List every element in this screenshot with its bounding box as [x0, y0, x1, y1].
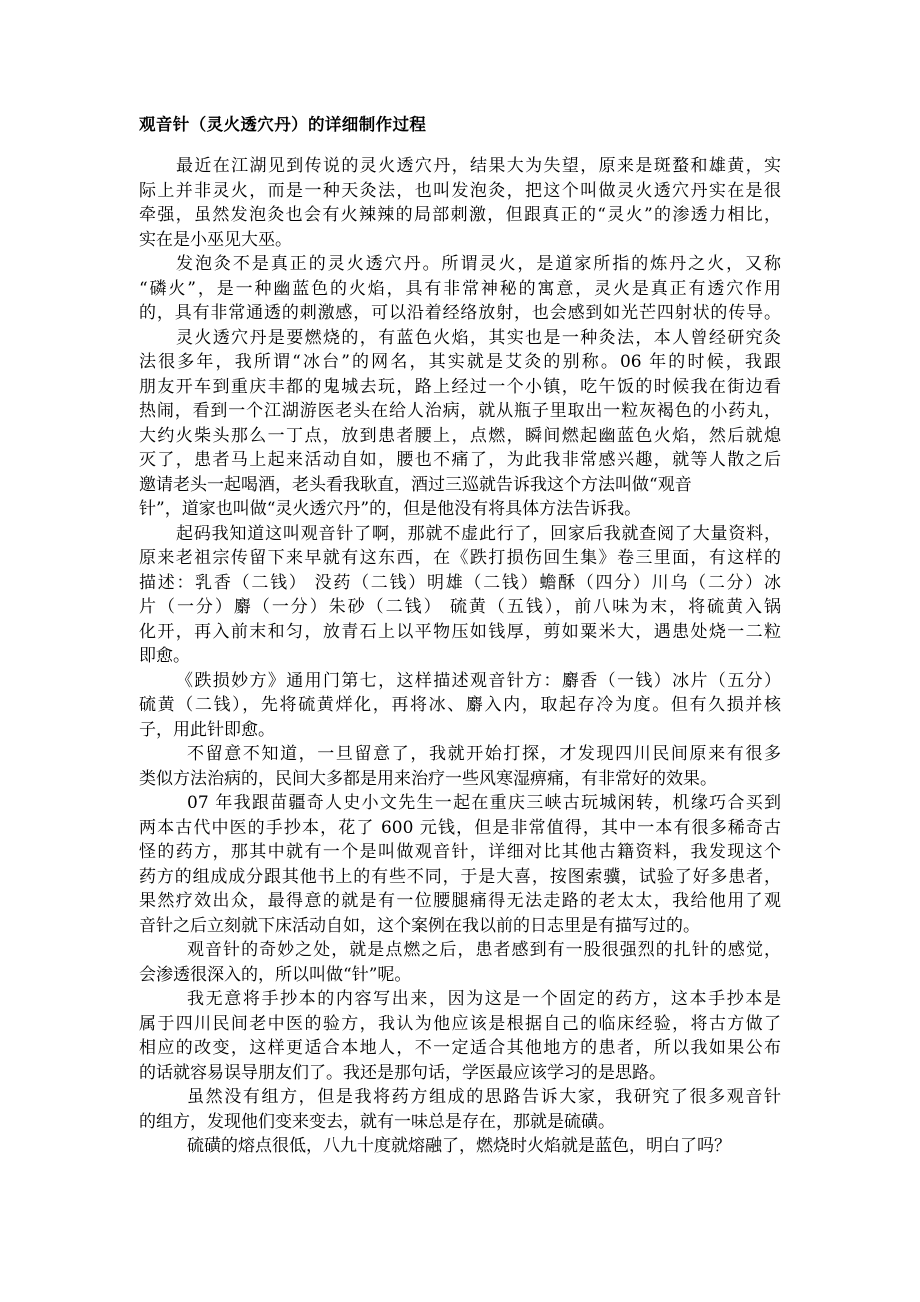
paragraph-10: 虽然没有组方，但是我将药方组成的思路告诉大家，我研究了很多观音针 的组方，发现他… [139, 1085, 781, 1134]
paragraph-6: 不留意不知道，一旦留意了，我就开始打探，才发现四川民间原来有很多 类似方法治病的… [139, 742, 781, 791]
document-body: 最近在江湖见到传说的灵火透穴丹，结果大为失望，原来是斑蝥和雄黄，实 际上并非灵火… [139, 154, 781, 1159]
text-line: 07 年我跟苗疆奇人史小文先生一起在重庆三峡古玩城闲转，机缘巧合买到 [139, 791, 781, 816]
text-line: 的话就容易误导朋友们了。我还是那句话，学医最应该学习的是思路。 [139, 1061, 781, 1086]
paragraph-3: 灵火透穴丹是要燃烧的，有蓝色火焰，其实也是一种灸法，本人曾经研究灸 法很多年，我… [139, 326, 781, 522]
text-line: 硫黄（二钱），先将硫黄烊化，再将冰、麝入内，取起存冷为度。但有久损并核 [139, 693, 781, 718]
text-line: 药方的组成成分跟其他书上的有些不同，于是大喜，按图索骥，试验了好多患者， [139, 865, 781, 890]
text-line: 即愈。 [139, 644, 781, 669]
text-line: 实在是小巫见大巫。 [139, 228, 781, 253]
text-line: 大约火柴头那么一丁点，放到患者腰上，点燃，瞬间燃起幽蓝色火焰，然后就熄 [139, 424, 781, 449]
text-line: 的组方，发现他们变来变去，就有一味总是存在，那就是硫磺。 [139, 1110, 781, 1135]
text-line: 会渗透很深入的，所以叫做“针”呢。 [139, 963, 781, 988]
text-line: 片（一分）麝（一分）朱砂（二钱） 硫黄（五钱），前八味为末，将硫黄入锅 [139, 595, 781, 620]
paragraph-5: 《跌损妙方》通用门第七，这样描述观音针方：麝香（一钱）冰片（五分） 硫黄（二钱）… [139, 669, 781, 743]
text-line: 最近在江湖见到传说的灵火透穴丹，结果大为失望，原来是斑蝥和雄黄，实 [139, 154, 781, 179]
text-line: 两本古代中医的手抄本，花了 600 元钱，但是非常值得，其中一本有很多稀奇古 [139, 816, 781, 841]
text-line: 的，具有非常通透的刺激感，可以沿着经络放射，也会感到如光芒四射状的传导。 [139, 301, 781, 326]
text-line: 化开，再入前末和匀，放青石上以平物压如钱厚，剪如粟米大，遇患处烧一二粒 [139, 620, 781, 645]
text-line: 邀请老头一起喝酒，老头看我耿直，酒过三巡就告诉我这个方法叫做“观音 [139, 473, 781, 498]
text-line: 描述：乳香（二钱） 没药（二钱）明雄（二钱）蟾酥（四分）川乌（二分）冰 [139, 571, 781, 596]
text-line: 针”，道家也叫做“灵火透穴丹”的，但是他没有将具体方法告诉我。 [139, 497, 781, 522]
paragraph-2: 发泡灸不是真正的灵火透穴丹。所谓灵火，是道家所指的炼丹之火，又称 “磷火”，是一… [139, 252, 781, 326]
paragraph-4: 起码我知道这叫观音针了啊，那就不虚此行了，回家后我就查阅了大量资料， 原来老祖宗… [139, 522, 781, 669]
paragraph-9: 我无意将手抄本的内容写出来，因为这是一个固定的药方，这本手抄本是 属于四川民间老… [139, 987, 781, 1085]
text-line: 朋友开车到重庆丰都的鬼城去玩，路上经过一个小镇，吃午饭的时候我在街边看 [139, 375, 781, 400]
paragraph-7: 07 年我跟苗疆奇人史小文先生一起在重庆三峡古玩城闲转，机缘巧合买到 两本古代中… [139, 791, 781, 938]
text-line: 果然疗效出众，最得意的就是有一位腰腿痛得无法走路的老太太，我给他用了观 [139, 889, 781, 914]
text-line: 类似方法治病的，民间大多都是用来治疗一些风寒湿痹痛，有非常好的效果。 [139, 767, 781, 792]
text-line: 我无意将手抄本的内容写出来，因为这是一个固定的药方，这本手抄本是 [139, 987, 781, 1012]
text-line: 观音针的奇妙之处，就是点燃之后，患者感到有一股很强烈的扎针的感觉， [139, 938, 781, 963]
paragraph-11: 硫磺的熔点很低，八九十度就熔融了，燃烧时火焰就是蓝色，明白了吗？ [139, 1134, 781, 1159]
text-line: 起码我知道这叫观音针了啊，那就不虚此行了，回家后我就查阅了大量资料， [139, 522, 781, 547]
text-line: 热闹，看到一个江湖游医老头在给人治病，就从瓶子里取出一粒灰褐色的小药丸， [139, 399, 781, 424]
text-line: 硫磺的熔点很低，八九十度就熔融了，燃烧时火焰就是蓝色，明白了吗？ [139, 1134, 781, 1159]
text-line: 音针之后立刻就下床活动自如，这个案例在我以前的日志里是有描写过的。 [139, 914, 781, 939]
text-line: 牵强，虽然发泡灸也会有火辣辣的局部刺激，但跟真正的“灵火”的渗透力相比， [139, 203, 781, 228]
text-line: 际上并非灵火，而是一种天灸法，也叫发泡灸，把这个叫做灵火透穴丹实在是很 [139, 179, 781, 204]
text-line: “磷火”，是一种幽蓝色的火焰，具有非常神秘的寓意，灵火是真正有透穴作用 [139, 277, 781, 302]
text-line: 不留意不知道，一旦留意了，我就开始打探，才发现四川民间原来有很多 [139, 742, 781, 767]
paragraph-8: 观音针的奇妙之处，就是点燃之后，患者感到有一股很强烈的扎针的感觉， 会渗透很深入… [139, 938, 781, 987]
text-line: 发泡灸不是真正的灵火透穴丹。所谓灵火，是道家所指的炼丹之火，又称 [139, 252, 781, 277]
text-line: 法很多年，我所谓“冰台”的网名，其实就是艾灸的别称。06 年的时候，我跟 [139, 350, 781, 375]
text-line: 子，用此针即愈。 [139, 718, 781, 743]
document-page: 观音针（灵火透穴丹）的详细制作过程 最近在江湖见到传说的灵火透穴丹，结果大为失望… [0, 0, 920, 1302]
text-line: 虽然没有组方，但是我将药方组成的思路告诉大家，我研究了很多观音针 [139, 1085, 781, 1110]
document-title: 观音针（灵火透穴丹）的详细制作过程 [139, 114, 426, 136]
text-line: 《跌损妙方》通用门第七，这样描述观音针方：麝香（一钱）冰片（五分） [139, 669, 781, 694]
text-line: 属于四川民间老中医的验方，我认为他应该是根据自己的临床经验，将古方做了 [139, 1012, 781, 1037]
text-line: 灭了，患者马上起来活动自如，腰也不痛了，为此我非常感兴趣，就等人散之后 [139, 448, 781, 473]
text-line: 相应的改变，这样更适合本地人，不一定适合其他地方的患者，所以我如果公布 [139, 1036, 781, 1061]
text-line: 怪的药方，那其中就有一个是叫做观音针，详细对比其他古籍资料，我发现这个 [139, 840, 781, 865]
paragraph-1: 最近在江湖见到传说的灵火透穴丹，结果大为失望，原来是斑蝥和雄黄，实 际上并非灵火… [139, 154, 781, 252]
text-line: 灵火透穴丹是要燃烧的，有蓝色火焰，其实也是一种灸法，本人曾经研究灸 [139, 326, 781, 351]
text-line: 原来老祖宗传留下来早就有这东西，在《跌打损伤回生集》卷三里面，有这样的 [139, 546, 781, 571]
